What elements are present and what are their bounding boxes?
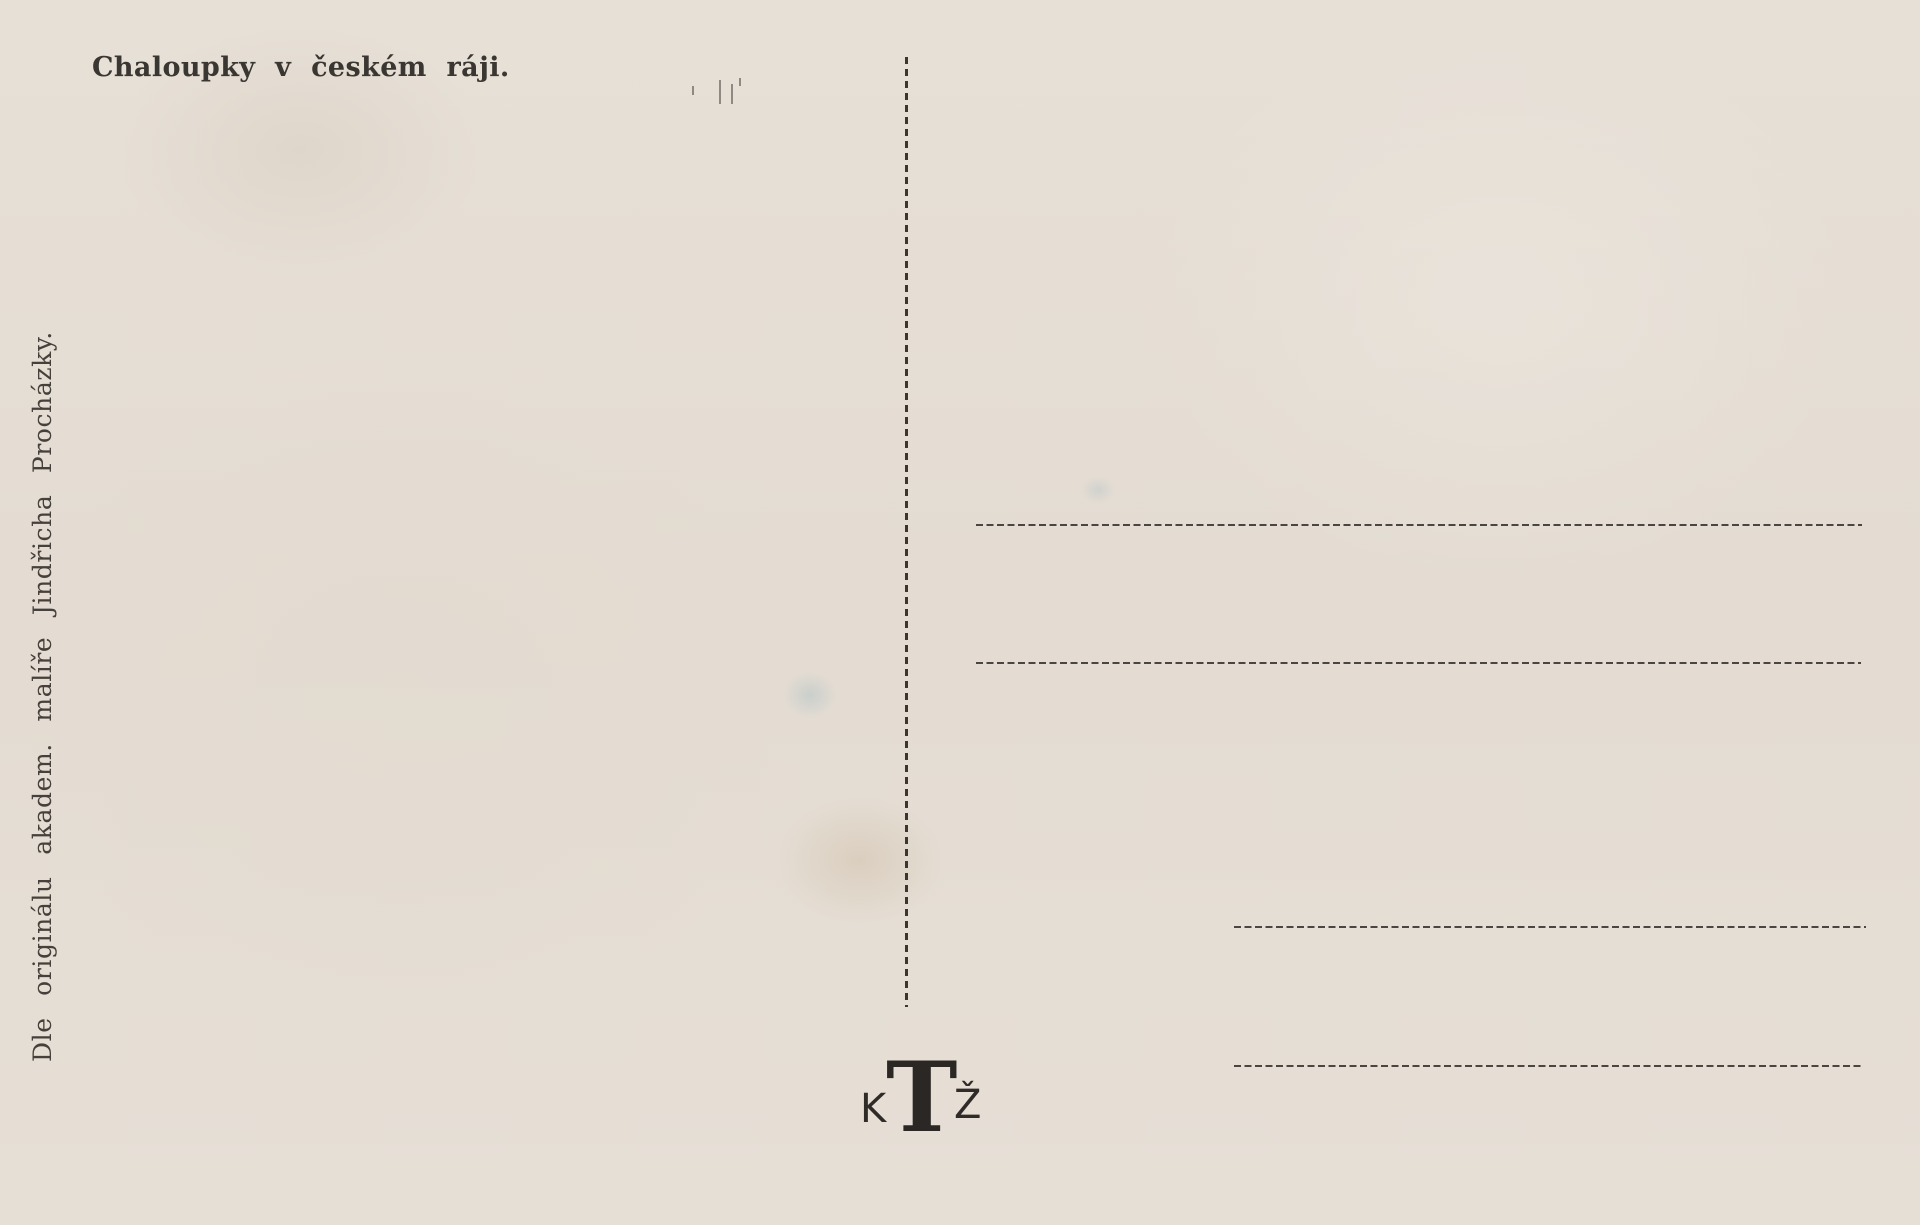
print-artifact [731, 84, 733, 104]
postcard-title: Chaloupky v českém ráji. [92, 52, 510, 83]
address-line-2 [976, 662, 1861, 664]
logo-letter-k: K [860, 1089, 886, 1129]
artist-credit: Dle originálu akadem. malíře Jindřicha P… [26, 204, 60, 1062]
address-line-1 [976, 524, 1862, 526]
print-artifact [719, 80, 721, 104]
address-line-4 [1234, 1065, 1863, 1067]
center-divider-dashed-line [905, 57, 908, 1007]
print-artifact [692, 86, 694, 95]
logo-letter-t: T [886, 1055, 957, 1141]
publisher-logo: K T Ž [858, 1055, 988, 1140]
print-artifact [739, 78, 741, 86]
logo-letter-z: Ž [954, 1081, 981, 1129]
address-line-3 [1234, 926, 1866, 928]
